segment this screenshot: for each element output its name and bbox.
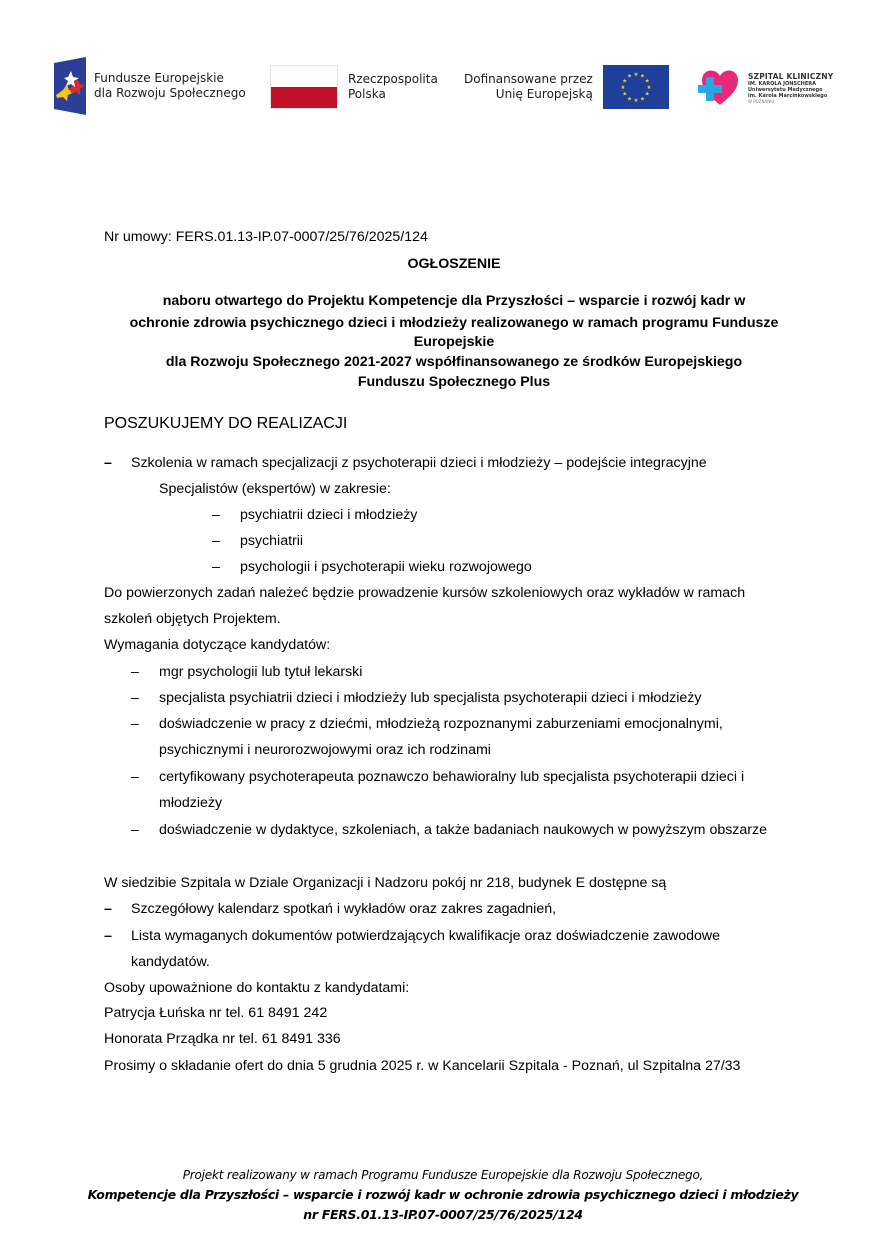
svg-text:★: ★ — [645, 78, 650, 85]
specialists-intro: Specjalistów (ekspertów) w zakresie: — [159, 481, 391, 497]
rp-logo-text: Rzeczpospolita Polska — [348, 72, 438, 102]
rp-logo-line2: Polska — [348, 87, 438, 102]
requirement-item-cont: młodzieży — [159, 795, 222, 811]
footer-line1: Projekt realizowany w ramach Programu Fu… — [0, 1165, 886, 1185]
dash-bullet: – — [131, 716, 139, 732]
dash-bullet: – — [131, 822, 139, 838]
available-item: Lista wymaganych dokumentów potwierdzają… — [131, 928, 720, 944]
specialist-field: psychiatrii dzieci i młodzieży — [240, 507, 417, 523]
specialist-field: psychologii i psychoterapii wieku rozwoj… — [240, 559, 532, 575]
eu-logo: Dofinansowane przez Unię Europejską ★★★★… — [464, 65, 669, 109]
eu-logo-line2: Unię Europejską — [464, 87, 593, 102]
footer-line3: nr FERS.01.13-IP.07-0007/25/76/2025/124 — [0, 1205, 886, 1225]
section-heading: POSZUKUJEMY DO REALIZACJI — [104, 415, 347, 433]
hospital-line5: W POZNANIU — [748, 99, 833, 105]
svg-text:★: ★ — [627, 95, 632, 102]
location-intro: W siedzibie Szpitala w Dziale Organizacj… — [104, 875, 666, 891]
contact-person: Patrycja Łuńska nr tel. 61 8491 242 — [104, 1005, 327, 1021]
logo-bar: Fundusze Europejskie dla Rozwoju Społecz… — [54, 55, 844, 117]
subtitle-line: ochronie zdrowia psychicznego dzieci i m… — [104, 315, 804, 331]
contact-person: Honorata Prządka nr tel. 61 8491 336 — [104, 1031, 341, 1047]
fe-logo: Fundusze Europejskie dla Rozwoju Społecz… — [54, 57, 246, 115]
page-title: OGŁOSZENIE — [104, 256, 804, 272]
duties-text: Do powierzonych zadań należeć będzie pro… — [104, 585, 745, 601]
dash-bullet: – — [104, 928, 112, 944]
dash-bullet: – — [212, 507, 220, 523]
dash-bullet: – — [104, 455, 112, 471]
fe-logo-line1: Fundusze Europejskie — [94, 71, 246, 86]
hospital-line3: Uniwersytetu Medycznego — [748, 87, 833, 93]
rp-logo: Rzeczpospolita Polska — [270, 65, 438, 109]
requirement-item-cont: psychicznymi i neurorozwojowymi oraz ich… — [159, 742, 491, 758]
dash-bullet: – — [212, 559, 220, 575]
rp-logo-line1: Rzeczpospolita — [348, 72, 438, 87]
dash-bullet: – — [131, 690, 139, 706]
requirement-item: specjalista psychiatrii dzieci i młodzie… — [159, 690, 702, 706]
hospital-logo: SZPITAL KLINICZNY IM. KAROLA JONSCHERA U… — [690, 65, 833, 111]
dash-bullet: – — [131, 664, 139, 680]
hospital-name: SZPITAL KLINICZNY — [748, 72, 833, 81]
svg-text:★: ★ — [622, 91, 627, 98]
svg-text:★: ★ — [646, 84, 651, 91]
dash-bullet: – — [104, 901, 112, 917]
fe-logo-text: Fundusze Europejskie dla Rozwoju Społecz… — [94, 71, 246, 101]
fe-logo-line2: dla Rozwoju Społecznego — [94, 86, 246, 101]
eu-logo-line1: Dofinansowane przez — [464, 72, 593, 87]
eu-logo-text: Dofinansowane przez Unię Europejską — [464, 72, 593, 102]
dash-bullet: – — [212, 533, 220, 549]
subtitle-line: Funduszu Społecznego Plus — [104, 374, 804, 390]
requirements-intro: Wymagania dotyczące kandydatów: — [104, 637, 330, 653]
requirement-item: doświadczenie w dydaktyce, szkoleniach, … — [159, 822, 767, 838]
page-footer: Projekt realizowany w ramach Programu Fu… — [0, 1165, 886, 1225]
requirement-item: doświadczenie w pracy z dziećmi, młodzie… — [159, 716, 723, 732]
footer-line2: Kompetencje dla Przyszłości – wsparcie i… — [0, 1185, 886, 1205]
deadline-text: Prosimy o składanie ofert do dnia 5 grud… — [104, 1058, 740, 1074]
svg-text:★: ★ — [640, 95, 645, 102]
dash-bullet: – — [131, 769, 139, 785]
polish-flag-icon — [270, 65, 338, 109]
heart-cross-emblem-icon — [690, 65, 740, 111]
eu-flag-icon: ★★★★★★★★★★★★ — [603, 65, 669, 109]
subtitle-line: naboru otwartego do Projektu Kompetencje… — [104, 293, 804, 309]
svg-text:★: ★ — [633, 97, 638, 104]
subtitle-line: dla Rozwoju Społecznego 2021-2027 współf… — [104, 354, 804, 370]
requirement-item: certyfikowany psychoterapeuta poznawczo … — [159, 769, 744, 785]
hospital-logo-text: SZPITAL KLINICZNY IM. KAROLA JONSCHERA U… — [748, 72, 833, 105]
svg-text:★: ★ — [627, 73, 632, 80]
contract-number: Nr umowy: FERS.01.13-IP.07-0007/25/76/20… — [104, 229, 428, 245]
subtitle-line: Europejskie — [104, 334, 804, 350]
contacts-intro: Osoby upoważnione do kontaktu z kandydat… — [104, 980, 409, 996]
duties-text: szkoleń objętych Projektem. — [104, 611, 281, 627]
fe-star-emblem-icon — [54, 57, 86, 115]
available-item: Szczegółowy kalendarz spotkań i wykładów… — [131, 901, 556, 917]
specialist-field: psychiatrii — [240, 533, 303, 549]
hospital-line4: im. Karola Marcinkowskiego — [748, 93, 833, 99]
training-item: Szkolenia w ramach specjalizacji z psych… — [131, 455, 707, 471]
requirement-item: mgr psychologii lub tytuł lekarski — [159, 664, 362, 680]
svg-text:★: ★ — [633, 71, 638, 78]
svg-text:★: ★ — [620, 84, 625, 91]
available-item-cont: kandydatów. — [131, 954, 210, 970]
svg-text:★: ★ — [645, 91, 650, 98]
